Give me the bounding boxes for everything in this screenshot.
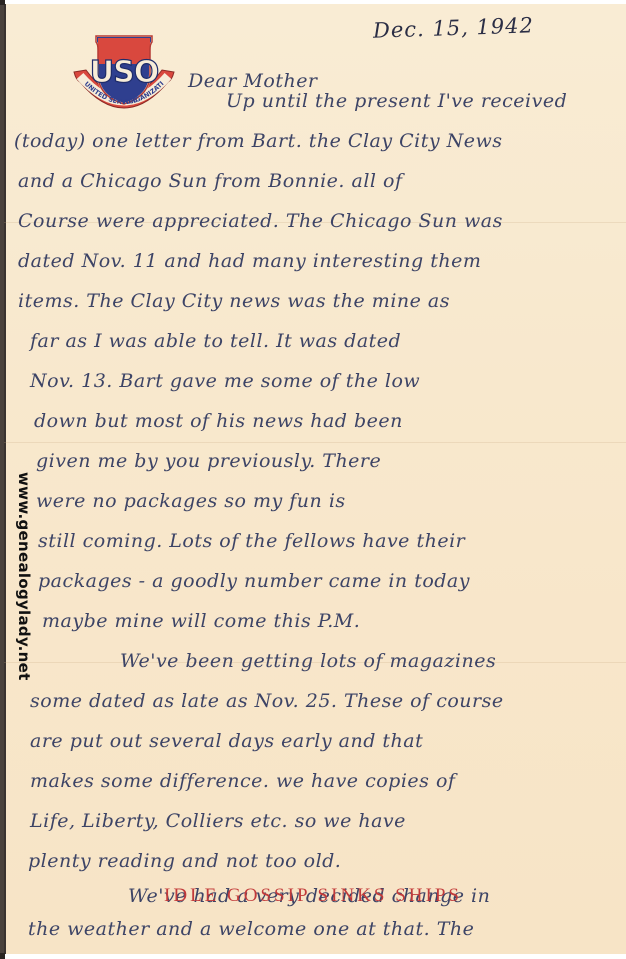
letter-line: and a Chicago Sun from Bonnie. all of xyxy=(18,170,403,192)
letter-line: the weather and a welcome one at that. T… xyxy=(28,918,474,940)
fold-line xyxy=(4,442,626,443)
letter-line: (today) one letter from Bart. the Clay C… xyxy=(14,130,503,152)
letter-line: Life, Liberty, Colliers etc. so we have xyxy=(30,810,406,832)
letterhead-slogan: IDLE GOSSIP SINKS SHIPS xyxy=(0,885,626,907)
logo-text: USO xyxy=(90,55,158,90)
letter-line: dated Nov. 11 and had many interesting t… xyxy=(18,250,481,272)
uso-shield-logo-icon: USO UNITED SERVICE ORGANIZATIONS xyxy=(72,30,176,114)
letter-line: We've been getting lots of magazines xyxy=(120,650,496,672)
letter-line: some dated as late as Nov. 25. These of … xyxy=(30,690,504,712)
letter-line: down but most of his news had been xyxy=(34,410,403,432)
scan-left-edge xyxy=(0,4,4,954)
letter-line: Course were appreciated. The Chicago Sun… xyxy=(18,210,503,232)
scan-corner xyxy=(0,953,5,959)
letter-line: packages - a goodly number came in today xyxy=(38,570,470,592)
letter-line: plenty reading and not too old. xyxy=(28,850,341,872)
letter-line: far as I was able to tell. It was dated xyxy=(30,330,401,352)
scan-top-edge xyxy=(4,0,626,4)
letter-line: still coming. Lots of the fellows have t… xyxy=(38,530,465,552)
letter-line: maybe mine will come this P.M. xyxy=(42,610,360,632)
letter-line: given me by you previously. There xyxy=(36,450,381,472)
letter-line: Nov. 13. Bart gave me some of the low xyxy=(30,370,420,392)
letter-line: were no packages so my fun is xyxy=(36,490,346,512)
letter-greeting: Dear Mother xyxy=(188,70,318,92)
watermark: www.genealogylady.net xyxy=(9,472,33,681)
letter-line: items. The Clay City news was the mine a… xyxy=(18,290,450,312)
letter-line: Up until the present I've received xyxy=(226,90,567,112)
scan-corner xyxy=(0,0,5,5)
letter-line: makes some difference. we have copies of xyxy=(30,770,455,792)
letter-line: are put out several days early and that xyxy=(30,730,423,752)
